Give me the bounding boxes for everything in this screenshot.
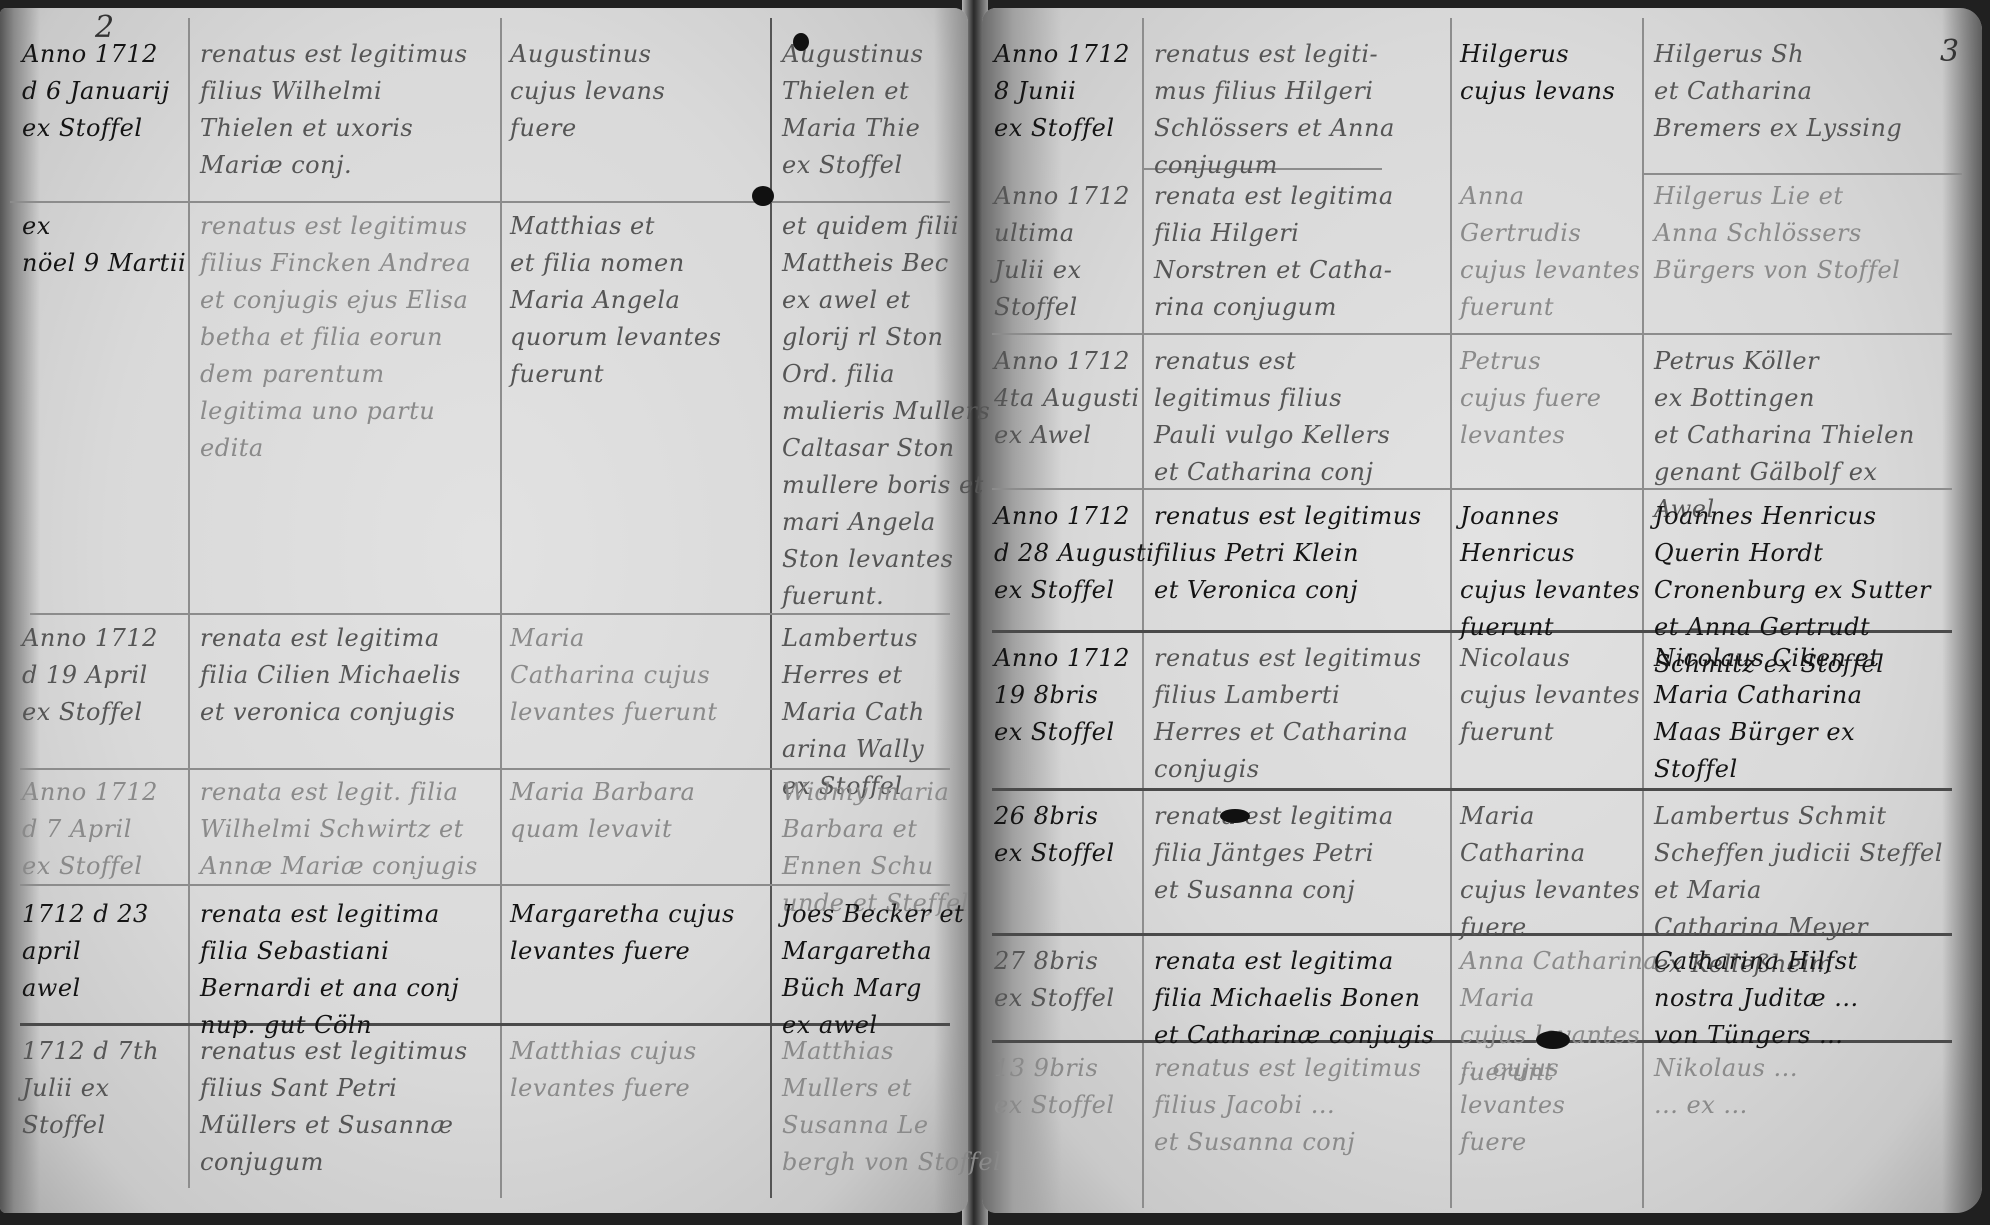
handwritten-line: renata est legitima — [1154, 943, 1434, 980]
handwritten-line: 19 8bris — [994, 677, 1130, 714]
register-date-cell: 1712 d 7thJulii exStoffel — [22, 1033, 159, 1144]
handwritten-line: filia Sebastiani — [200, 933, 459, 970]
handwritten-line: levantes fuerunt — [510, 694, 718, 731]
handwritten-line: Catharina cujus — [510, 657, 718, 694]
handwritten-line: et filia nomen — [510, 245, 721, 282]
handwritten-line: Matthias cujus — [510, 1033, 697, 1070]
handwritten-line: ex Stoffel — [994, 110, 1130, 147]
handwritten-line: fuerunt. — [782, 578, 990, 615]
handwritten-line: cujus levantes — [1460, 872, 1640, 909]
handwritten-line: et Catharina Thielen — [1654, 417, 1915, 454]
register-date-cell: Anno 1712d 7 Aprilex Stoffel — [22, 774, 158, 885]
handwritten-line: von Tüngers ... — [1654, 1017, 1859, 1054]
handwritten-line: d 28 Augusti — [994, 535, 1154, 572]
register-entry-cell: renatus est legitimusfilius WilhelmiThie… — [200, 36, 468, 184]
register-date-cell: Anno 1712d 6 Januarijex Stoffel — [22, 36, 170, 147]
handwritten-line: fuerunt — [1460, 289, 1640, 326]
register-note-cell: et quidem filiiMattheis Becex awel etglo… — [782, 208, 990, 615]
handwritten-line: cujus levans — [510, 73, 665, 110]
handwritten-line: levantes fuere — [510, 933, 735, 970]
register-godparent-cell: Matthias cujuslevantes fuere — [510, 1033, 697, 1107]
register-entry-cell: renatus est legitimusfilius LambertiHerr… — [1154, 640, 1422, 788]
handwritten-line: Matthias et — [510, 208, 721, 245]
handwritten-line: renatus est legitimus — [200, 36, 468, 73]
page-number-right: 3 — [1940, 34, 1959, 69]
register-entry-cell: renatus est legitimusfilius Sant PetriMü… — [200, 1033, 468, 1181]
handwritten-line: Widmy maria — [782, 774, 969, 811]
handwritten-line: cujus levantes — [1460, 572, 1640, 609]
handwritten-line: Norstren et Catha- — [1154, 252, 1394, 289]
handwritten-line: Querin Hordt — [1654, 535, 1931, 572]
handwritten-line: edita — [200, 430, 471, 467]
handwritten-line: Herres et — [782, 657, 925, 694]
handwritten-line: bergh von Stoffel — [782, 1144, 1001, 1181]
handwritten-line: Petrus — [1460, 343, 1601, 380]
handwritten-line: renatus est — [1154, 343, 1390, 380]
handwritten-line: d 19 April — [22, 657, 158, 694]
row-rule — [992, 333, 1952, 335]
handwritten-line: filius Wilhelmi — [200, 73, 468, 110]
handwritten-line: renata est legitima — [200, 896, 459, 933]
handwritten-line: Stoffel — [22, 1107, 159, 1144]
handwritten-line: Mullers et — [782, 1070, 1001, 1107]
handwritten-line: renatus est legitimus — [1154, 640, 1422, 677]
ink-blot — [752, 186, 774, 206]
handwritten-line: Anno 1712 — [22, 620, 158, 657]
handwritten-line: filius Petri Klein — [1154, 535, 1422, 572]
handwritten-line: levantes fuere — [510, 1070, 697, 1107]
handwritten-line: Hilgerus Sh — [1654, 36, 1902, 73]
register-godparent-cell: JoannesHenricuscujus levantesfuerunt — [1460, 498, 1640, 646]
handwritten-line: Anno 1712 — [994, 343, 1140, 380]
handwritten-line: Maas Bürger ex — [1654, 714, 1879, 751]
handwritten-line: renatus est legiti- — [1154, 36, 1395, 73]
register-note-cell: Joes Becker etMargarethaBüch Margex awel — [782, 896, 964, 1044]
column-rule — [500, 18, 502, 1198]
handwritten-line: Nicolaus — [1460, 640, 1640, 677]
handwritten-line: ex awel et — [782, 282, 990, 319]
handwritten-line: glorij rl Ston — [782, 319, 990, 356]
handwritten-line: ex Stoffel — [994, 572, 1154, 609]
handwritten-line: april — [22, 933, 149, 970]
register-date-cell: Anno 171219 8brisex Stoffel — [994, 640, 1130, 751]
handwritten-line: fuere — [1460, 909, 1640, 946]
handwritten-line: Margaretha — [782, 933, 964, 970]
register-godparent-cell: Matthias etet filia nomenMaria Angelaquo… — [510, 208, 721, 393]
handwritten-line: cujus levans — [1460, 73, 1615, 110]
handwritten-line: Scheffen judicii Steffel — [1654, 835, 1943, 872]
handwritten-line: cujus fuere — [1460, 380, 1601, 417]
handwritten-line: Büch Marg — [782, 970, 964, 1007]
handwritten-line: Margaretha cujus — [510, 896, 735, 933]
handwritten-line: Nikolaus ... — [1654, 1050, 1798, 1087]
handwritten-line: 8 Junii — [994, 73, 1130, 110]
register-date-cell: Anno 1712ultimaJulii exStoffel — [994, 178, 1130, 326]
handwritten-line: fuerunt — [510, 356, 721, 393]
ink-blot — [1536, 1031, 1570, 1049]
handwritten-line: Catharina Meyer — [1654, 909, 1943, 946]
handwritten-line: Bremers ex Lyssing — [1654, 110, 1902, 147]
handwritten-line: filius Jacobi ... — [1154, 1087, 1422, 1124]
register-godparent-cell: Hilgeruscujus levans — [1460, 36, 1615, 110]
register-godparent-cell: Augustinuscujus levansfuere — [510, 36, 665, 147]
handwritten-line: awel — [22, 970, 149, 1007]
handwritten-line: filius Sant Petri — [200, 1070, 468, 1107]
handwritten-line: Matthias — [782, 1033, 1001, 1070]
handwritten-line: Anna Schlössers — [1654, 215, 1900, 252]
handwritten-line: mullere boris et — [782, 467, 990, 504]
handwritten-line: cujus levantes — [1460, 677, 1640, 714]
handwritten-line: Cronenburg ex Sutter — [1654, 572, 1931, 609]
ink-blot — [1220, 809, 1250, 823]
handwritten-line: Susanna Le — [782, 1107, 1001, 1144]
register-scan: 2 3 Anno 1712d 6 Januarijex Stoffelrenat… — [0, 0, 1990, 1225]
handwritten-line: Anno 1712 — [994, 498, 1154, 535]
handwritten-line: renata est legitima — [200, 620, 461, 657]
handwritten-line: Schlössers et Anna — [1154, 110, 1395, 147]
column-rule — [1142, 18, 1144, 1208]
handwritten-line: nostra Juditæ ... — [1654, 980, 1859, 1017]
column-rule — [1450, 18, 1452, 1208]
handwritten-line: et Catharina conj — [1154, 454, 1390, 491]
ink-blot — [793, 33, 809, 51]
register-entry-cell: renatus est legiti-mus filius HilgeriSch… — [1154, 36, 1395, 184]
register-godparent-cell: MariaCatharina cujuslevantes fuerunt — [510, 620, 718, 731]
handwritten-line: et Susanna conj — [1154, 872, 1394, 909]
handwritten-line: mari Angela — [782, 504, 990, 541]
handwritten-line: fuerunt — [1460, 714, 1640, 751]
row-rule — [992, 788, 1952, 791]
handwritten-line: 27 8bris — [994, 943, 1115, 980]
handwritten-line: dem parentum — [200, 356, 471, 393]
handwritten-line: Petrus Köller — [1654, 343, 1915, 380]
handwritten-line: filia Jäntges Petri — [1154, 835, 1394, 872]
handwritten-line: et Maria — [1654, 872, 1943, 909]
handwritten-line: d 6 Januarij — [22, 73, 170, 110]
register-date-cell: Anno 17124ta Augustiex Awel — [994, 343, 1140, 454]
handwritten-line: Barbara et — [782, 811, 969, 848]
handwritten-line: Julii ex — [994, 252, 1130, 289]
handwritten-line: Annæ Mariæ conjugis — [200, 848, 478, 885]
register-note-cell: Nikolaus ...... ex ... — [1654, 1050, 1798, 1124]
register-note-cell: Nicolaus Cilien etMaria CatharinaMaas Bü… — [1654, 640, 1879, 788]
handwritten-line: levantes — [1460, 417, 1601, 454]
handwritten-line: ex Stoffel — [22, 694, 158, 731]
handwritten-line: Bürgers von Stoffel — [1654, 252, 1900, 289]
handwritten-line: et conjugis ejus Elisa — [200, 282, 471, 319]
handwritten-line: Pauli vulgo Kellers — [1154, 417, 1390, 454]
handwritten-line: Mattheis Bec — [782, 245, 990, 282]
handwritten-line: Gertrudis — [1460, 215, 1640, 252]
handwritten-line: renata est legitima — [1154, 178, 1394, 215]
handwritten-line: Maria Catharina — [1654, 677, 1879, 714]
handwritten-line: Anno 1712 — [994, 36, 1130, 73]
handwritten-line: Wilhelmi Schwirtz et — [200, 811, 478, 848]
handwritten-line: fuere — [1460, 1124, 1565, 1161]
handwritten-line: filia Cilien Michaelis — [200, 657, 461, 694]
handwritten-line: Ord. filia — [782, 356, 990, 393]
handwritten-line: mus filius Hilgeri — [1154, 73, 1395, 110]
handwritten-line: Maria — [1460, 980, 1658, 1017]
handwritten-line: Joes Becker et — [782, 896, 964, 933]
handwritten-line: et veronica conjugis — [200, 694, 461, 731]
handwritten-line: renata est legitima — [1154, 798, 1394, 835]
register-entry-cell: renatus est legitimusfilius Petri Kleine… — [1154, 498, 1422, 609]
register-date-cell: 13 9brisex Stoffel — [994, 1050, 1115, 1124]
handwritten-line: conjugis — [1154, 751, 1422, 788]
handwritten-line: et quidem filii — [782, 208, 990, 245]
handwritten-line: Anno 1712 — [994, 178, 1130, 215]
handwritten-line: nöel 9 Martii — [22, 245, 186, 282]
handwritten-line: 26 8bris — [994, 798, 1115, 835]
register-note-cell: MatthiasMullers etSusanna Lebergh von St… — [782, 1033, 1001, 1181]
handwritten-line: Mariæ conj. — [200, 147, 468, 184]
handwritten-line: ex Awel — [994, 417, 1140, 454]
handwritten-line: arina Wally — [782, 731, 925, 768]
handwritten-line: ex — [22, 208, 186, 245]
handwritten-line: Ennen Schu — [782, 848, 969, 885]
handwritten-line: Caltasar Ston — [782, 430, 990, 467]
handwritten-line: fuere — [510, 110, 665, 147]
handwritten-line: ex Bottingen — [1654, 380, 1915, 417]
handwritten-line: ... ex ... — [1654, 1087, 1798, 1124]
handwritten-line: et Catharinæ conjugis — [1154, 1017, 1434, 1054]
register-entry-cell: renata est legit. filiaWilhelmi Schwirtz… — [200, 774, 478, 885]
handwritten-line: Hilgerus — [1460, 36, 1615, 73]
handwritten-line: Maria Cath — [782, 694, 925, 731]
handwritten-line: Anna Catharina — [1460, 943, 1658, 980]
handwritten-line: filius Lamberti — [1154, 677, 1422, 714]
register-date-cell: Anno 17128 Juniiex Stoffel — [994, 36, 1130, 147]
register-date-cell: Anno 1712d 19 Aprilex Stoffel — [22, 620, 158, 731]
handwritten-line: Thielen et uxoris — [200, 110, 468, 147]
handwritten-line: renatus est legitimus — [200, 208, 471, 245]
handwritten-line: ultima — [994, 215, 1130, 252]
handwritten-line: renatus est legitimus — [200, 1033, 468, 1070]
handwritten-line: genant Gälbolf ex — [1654, 454, 1915, 491]
register-date-cell: 27 8brisex Stoffel — [994, 943, 1115, 1017]
handwritten-line: filia Hilgeri — [1154, 215, 1394, 252]
register-godparent-cell: Nicolauscujus levantesfuerunt — [1460, 640, 1640, 751]
handwritten-line: ex Stoffel — [994, 1087, 1115, 1124]
register-note-cell: Catharina Hilfstnostra Juditæ ...von Tün… — [1654, 943, 1859, 1054]
handwritten-line: Joannes — [1460, 498, 1640, 535]
handwritten-line: ex Stoffel — [22, 110, 170, 147]
handwritten-line: Anno 1712 — [22, 36, 170, 73]
handwritten-line: 1712 d 7th — [22, 1033, 159, 1070]
register-entry-cell: renata est legitimafilia Jäntges Petriet… — [1154, 798, 1394, 909]
register-godparent-cell: Maria Barbaraquam levavit — [510, 774, 695, 848]
handwritten-line: et Veronica conj — [1154, 572, 1422, 609]
row-rule — [1642, 173, 1962, 175]
handwritten-line: Julii ex — [22, 1070, 159, 1107]
register-godparent-cell: Margaretha cujuslevantes fuere — [510, 896, 735, 970]
register-entry-cell: renatus estlegitimus filiusPauli vulgo K… — [1154, 343, 1390, 491]
register-entry-cell: renatus est legitimusfilius Jacobi ...et… — [1154, 1050, 1422, 1161]
register-date-cell: 26 8brisex Stoffel — [994, 798, 1115, 872]
handwritten-line: 13 9bris — [994, 1050, 1115, 1087]
handwritten-line: legitimus filius — [1154, 380, 1390, 417]
handwritten-line: ex Stoffel — [994, 714, 1130, 751]
handwritten-line: Lambertus Schmit — [1654, 798, 1943, 835]
handwritten-line: conjugum — [200, 1144, 468, 1181]
register-entry-cell: renata est legitimafilia Michaelis Bonen… — [1154, 943, 1434, 1054]
handwritten-line: ex Stoffel — [782, 147, 923, 184]
register-entry-cell: renatus est legitimusfilius Fincken Andr… — [200, 208, 471, 467]
register-note-cell: Hilgerus Shet CatharinaBremers ex Lyssin… — [1654, 36, 1902, 147]
register-entry-cell: renata est legitimafilia HilgeriNorstren… — [1154, 178, 1394, 326]
register-godparent-cell: Petruscujus fuerelevantes — [1460, 343, 1601, 454]
handwritten-line: quorum levantes — [510, 319, 721, 356]
handwritten-line: Henricus — [1460, 535, 1640, 572]
handwritten-line: quam levavit — [510, 811, 695, 848]
register-date-cell: 1712 d 23aprilawel — [22, 896, 149, 1007]
handwritten-line: et Susanna conj — [1154, 1124, 1422, 1161]
handwritten-line: Catharina Hilfst — [1654, 943, 1859, 980]
handwritten-line: Nicolaus Cilien et — [1654, 640, 1879, 677]
register-note-cell: AugustinusThielen etMaria Thieex Stoffel — [782, 36, 923, 184]
handwritten-line: Joannes Henricus — [1654, 498, 1931, 535]
handwritten-line: Catharina — [1460, 835, 1640, 872]
handwritten-line: Augustinus — [510, 36, 665, 73]
handwritten-line: Anna — [1460, 178, 1640, 215]
handwritten-line: filius Fincken Andrea — [200, 245, 471, 282]
handwritten-line: d 7 April — [22, 811, 158, 848]
handwritten-line: levantes — [1460, 1087, 1565, 1124]
handwritten-line: Maria Barbara — [510, 774, 695, 811]
handwritten-line: filia Michaelis Bonen — [1154, 980, 1434, 1017]
register-entry-cell: renata est legitimafilia Cilien Michaeli… — [200, 620, 461, 731]
register-godparent-cell: ... cujuslevantesfuere — [1460, 1050, 1565, 1161]
handwritten-line: et Catharina — [1654, 73, 1902, 110]
handwritten-line: Hilgerus Lie et — [1654, 178, 1900, 215]
handwritten-line: Maria — [1460, 798, 1640, 835]
handwritten-line: Maria Thie — [782, 110, 923, 147]
handwritten-line: Lambertus — [782, 620, 925, 657]
register-date-cell: Anno 1712d 28 Augustiex Stoffel — [994, 498, 1154, 609]
handwritten-line: Stoffel — [994, 289, 1130, 326]
row-rule — [10, 201, 950, 203]
handwritten-line: renata est legit. filia — [200, 774, 478, 811]
handwritten-line: Anno 1712 — [994, 640, 1130, 677]
register-note-cell: Hilgerus Lie etAnna SchlössersBürgers vo… — [1654, 178, 1900, 289]
handwritten-line: mulieris Mullers — [782, 393, 990, 430]
handwritten-line: Anno 1712 — [22, 774, 158, 811]
handwritten-line: ex Stoffel — [994, 980, 1115, 1017]
register-entry-cell: renata est legitimafilia SebastianiBerna… — [200, 896, 459, 1044]
handwritten-line: Bernardi et ana conj — [200, 970, 459, 1007]
handwritten-line: Maria — [510, 620, 718, 657]
handwritten-line: ... cujus — [1460, 1050, 1565, 1087]
handwritten-line: legitima uno partu — [200, 393, 471, 430]
handwritten-line: Thielen et — [782, 73, 923, 110]
handwritten-line: Maria Angela — [510, 282, 721, 319]
handwritten-line: ex Stoffel — [994, 835, 1115, 872]
handwritten-line: 1712 d 23 — [22, 896, 149, 933]
handwritten-line: renatus est legitimus — [1154, 498, 1422, 535]
handwritten-line: ex Stoffel — [22, 848, 158, 885]
register-godparent-cell: MariaCatharinacujus levantesfuere — [1460, 798, 1640, 946]
handwritten-line: betha et filia eorun — [200, 319, 471, 356]
handwritten-line: rina conjugum — [1154, 289, 1394, 326]
handwritten-line: Herres et Catharina — [1154, 714, 1422, 751]
handwritten-line: Müllers et Susannæ — [200, 1107, 468, 1144]
column-rule — [188, 18, 190, 1188]
handwritten-line: cujus levantes — [1460, 252, 1640, 289]
handwritten-line: Stoffel — [1654, 751, 1879, 788]
handwritten-line: renatus est legitimus — [1154, 1050, 1422, 1087]
handwritten-line: 4ta Augusti — [994, 380, 1140, 417]
handwritten-line: Ston levantes — [782, 541, 990, 578]
register-date-cell: exnöel 9 Martii — [22, 208, 186, 282]
register-godparent-cell: AnnaGertrudiscujus levantesfuerunt — [1460, 178, 1640, 326]
